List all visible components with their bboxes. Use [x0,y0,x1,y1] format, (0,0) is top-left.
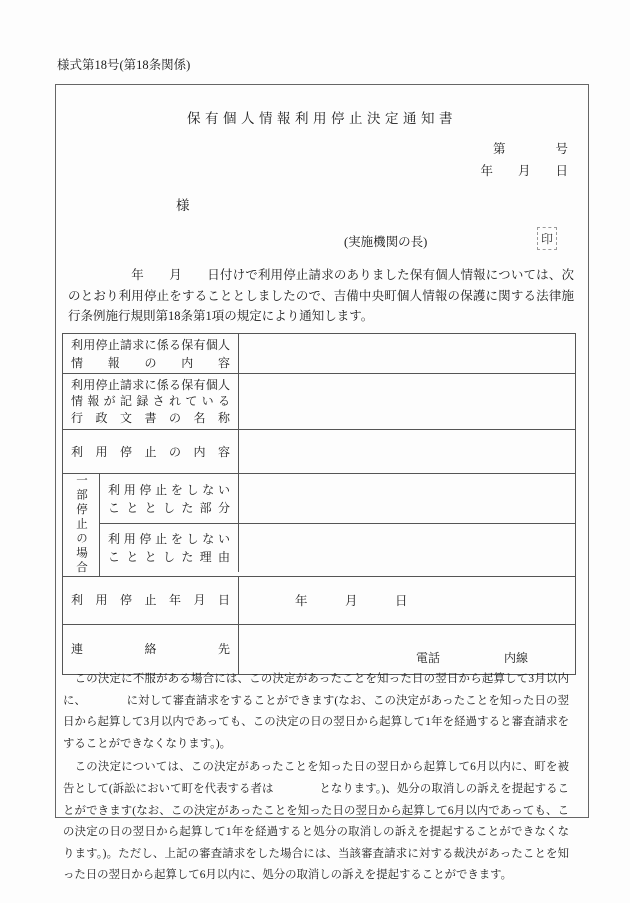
row-label: 利用停止請求に係る保有個人 情報の内容 [63,334,239,373]
decision-info-table: 利用停止請求に係る保有個人 情報の内容 利用停止請求に係る保有個人 情報が記録さ… [62,333,576,675]
row-label: 利用停止をしない こととした部分 [100,474,239,523]
addressee-honorific: 様 [176,194,190,214]
phone-label: 電話 [416,649,440,666]
body-paragraph: 年 月 日付けで利用停止請求のありました保有個人情報については、次のとおり利用停… [68,265,574,327]
table-row-stop-content: 利用停止の内容 [63,430,575,474]
row-label: 利用停止請求に係る保有個人 情報が記録されている 行政文書の名称 [63,374,239,429]
table-row-not-stopped-part: 利用停止をしない こととした部分 [100,474,575,524]
row-value-blank [239,474,575,523]
footnotes: この決定に不服がある場合には、この決定があったことを知った日の翌日から起算して3… [63,669,569,887]
row-label: 利用停止をしない こととした理由 [100,524,239,572]
document-date-blank: 年 月 日 [480,161,568,179]
seal-stamp-placeholder: 印 [537,227,557,250]
document-title: 保有個人情報利用停止決定通知書 [56,107,588,127]
row-value-blank [239,374,575,429]
row-label: 利用停止年月日 [63,577,239,624]
row-label: 連絡先 [63,625,239,674]
row-value-blank [239,334,575,373]
note-lawsuit-paragraph: この決定については、この決定があったことを知った日の翌日から起算して6月以内に、… [63,757,569,887]
extension-label: 内線 [504,649,528,666]
document-number-blank: 第 号 [493,139,568,157]
table-row-document-name: 利用停止請求に係る保有個人 情報が記録されている 行政文書の名称 [63,374,575,430]
row-label: 利用停止の内容 [63,430,239,473]
document-frame: 保有個人情報利用停止決定通知書 第 号 年 月 日 様 (実施機関の長) 印 年… [55,84,589,818]
row-value-contact: 電話 内線 [239,625,575,674]
row-value-blank [239,430,575,473]
table-row-contact: 連絡先 電話 内線 [63,625,575,674]
table-row-not-stopped-reason: 利用停止をしない こととした理由 [100,524,575,572]
row-value-date-blank: 年 月 日 [239,577,575,624]
form-number: 様式第18号(第18条関係) [57,55,190,73]
table-row-personal-info-content: 利用停止請求に係る保有個人 情報の内容 [63,334,575,374]
row-value-blank [239,524,575,572]
issuer-label: (実施機関の長) [344,232,427,250]
group-label-partial-stop: 一部停止の場合 [63,474,100,576]
table-row-stop-date: 利用停止年月日 年 月 日 [63,577,575,625]
document-page: 様式第18号(第18条関係) 保有個人情報利用停止決定通知書 第 号 年 月 日… [0,0,630,903]
table-row-partial-stop-group: 一部停止の場合 利用停止をしない こととした部分 利用停止をしない こととした理… [63,474,575,577]
note-appeal-paragraph: この決定に不服がある場合には、この決定があったことを知った日の翌日から起算して3… [63,669,569,755]
